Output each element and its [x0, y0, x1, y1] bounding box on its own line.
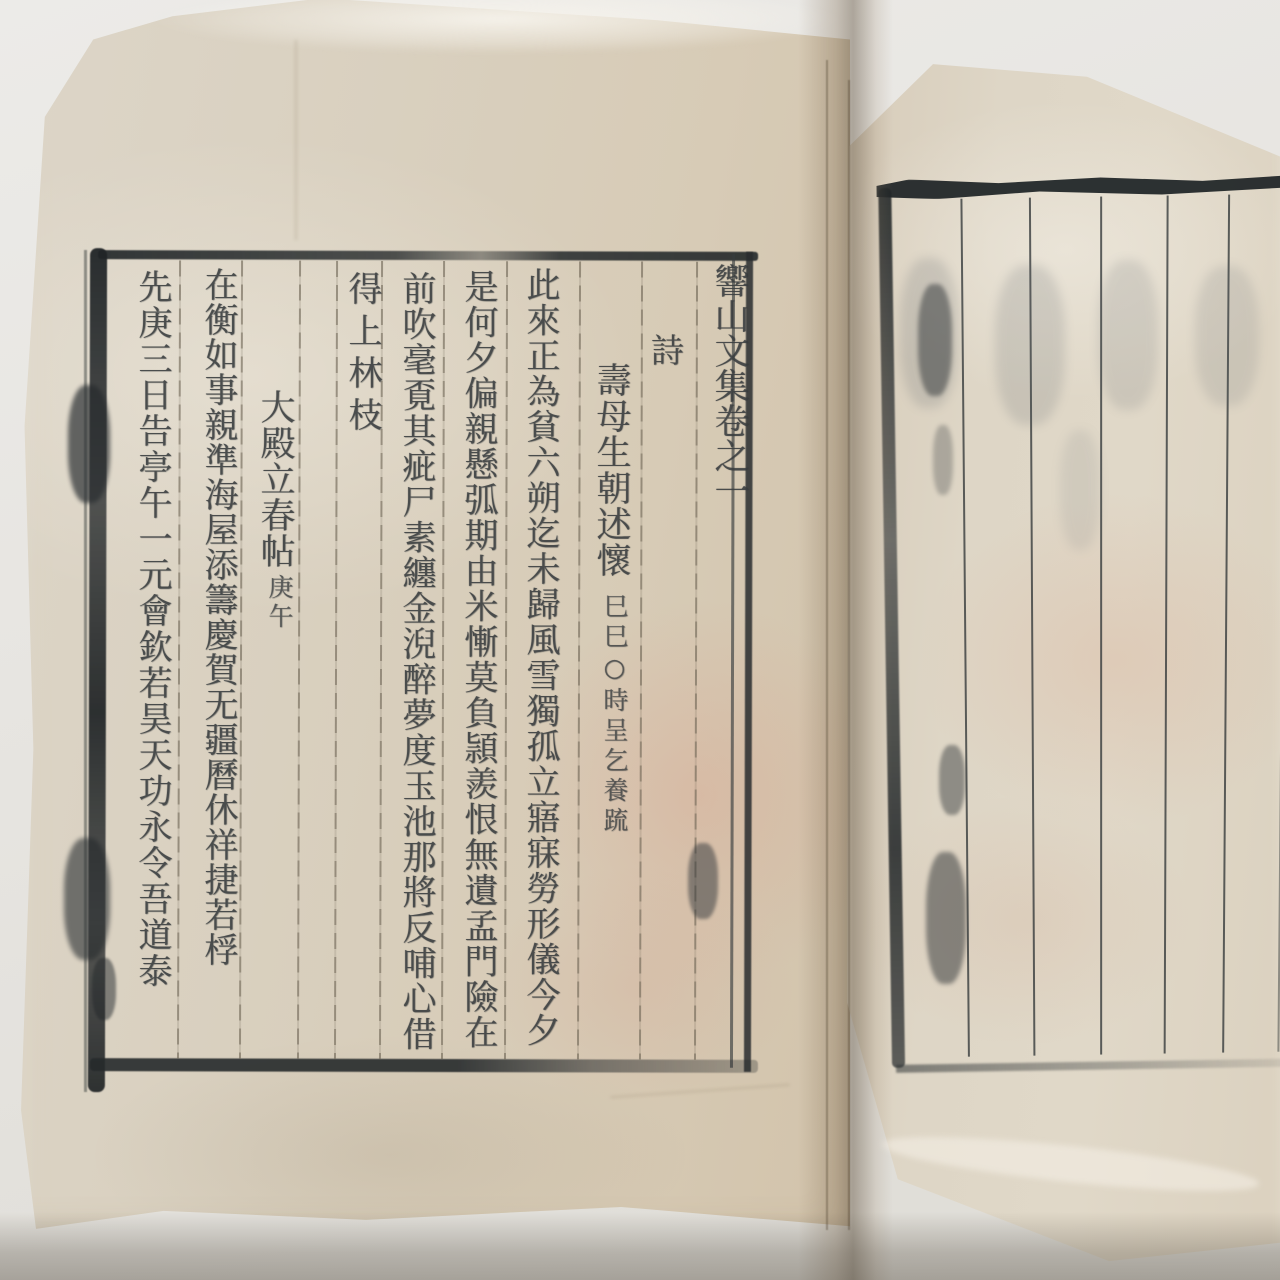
paper-crease [295, 40, 297, 240]
frame-border-top [98, 250, 758, 261]
photo-scene: 響山文集卷之一 詩 壽母生朝述懷 巳巳○時呈乞養䟽 此來正為貧六朔迄未歸風雪獨孤… [0, 0, 1280, 1280]
poem1-title-column: 壽母生朝述懷 [586, 362, 636, 578]
ink-smudge [933, 425, 953, 495]
poem1-line3-column: 前吹毫覔其疵尸素纏金淣醉夢度玉池那將反哺心借 [392, 271, 441, 1052]
poem1-date-note: 巳巳○時呈乞養䟽 [596, 593, 632, 837]
under-leaf-edge [84, 250, 87, 1092]
poem2-title-column: 大殿立春帖 [250, 389, 300, 569]
page-bottom-shadow [0, 1212, 1280, 1280]
column-rule [1164, 196, 1169, 1054]
column-rule [639, 262, 643, 1060]
column-rule [694, 262, 698, 1060]
frame-border-bottom [896, 1059, 1280, 1073]
ink-blot [688, 843, 718, 919]
section-heading: 詩 [642, 333, 689, 366]
column-rule [577, 261, 581, 1059]
poem2-line1-column: 在衡如事親準海屋添籌慶賀无疆曆休祥捷若桴 [194, 267, 243, 967]
volume-title-column: 響山文集卷之一 [704, 263, 754, 508]
poem1-line1-column: 此來正為貧六朔迄未歸風雪獨孤立寤寐勞形儀今夕 [516, 267, 565, 1048]
ink-smudge [939, 745, 965, 815]
book-gutter [798, 0, 893, 1280]
ink-smudge [918, 284, 952, 396]
bleed-through-ghost [995, 265, 1065, 425]
column-rule [504, 261, 508, 1059]
poem2-date-note: 庚午 [261, 574, 297, 632]
poem2-line2-column: 先庚三日告亭午一元會欽若昊天功永令吾道泰 [128, 269, 177, 989]
gutter-crease [848, 80, 850, 1230]
bleed-through-ghost [1098, 260, 1158, 410]
frame-border-top [876, 174, 1280, 200]
poem1-line4-column: 得上林枝 [338, 271, 387, 439]
column-rule [177, 260, 181, 1058]
poem1-line2-column: 是何夕偏親懸弧期由米慚莫負頴羨恨無遺孟門險在 [454, 269, 503, 1050]
bleed-through-ghost [1195, 266, 1259, 406]
ink-smudge [926, 852, 966, 984]
gutter-crease [826, 60, 828, 1230]
frame-border-left [88, 248, 107, 1092]
column-rule [297, 261, 301, 1059]
column-rule [441, 261, 445, 1059]
frame-border-bottom [90, 1058, 758, 1073]
bleed-through-ghost [1060, 430, 1100, 550]
